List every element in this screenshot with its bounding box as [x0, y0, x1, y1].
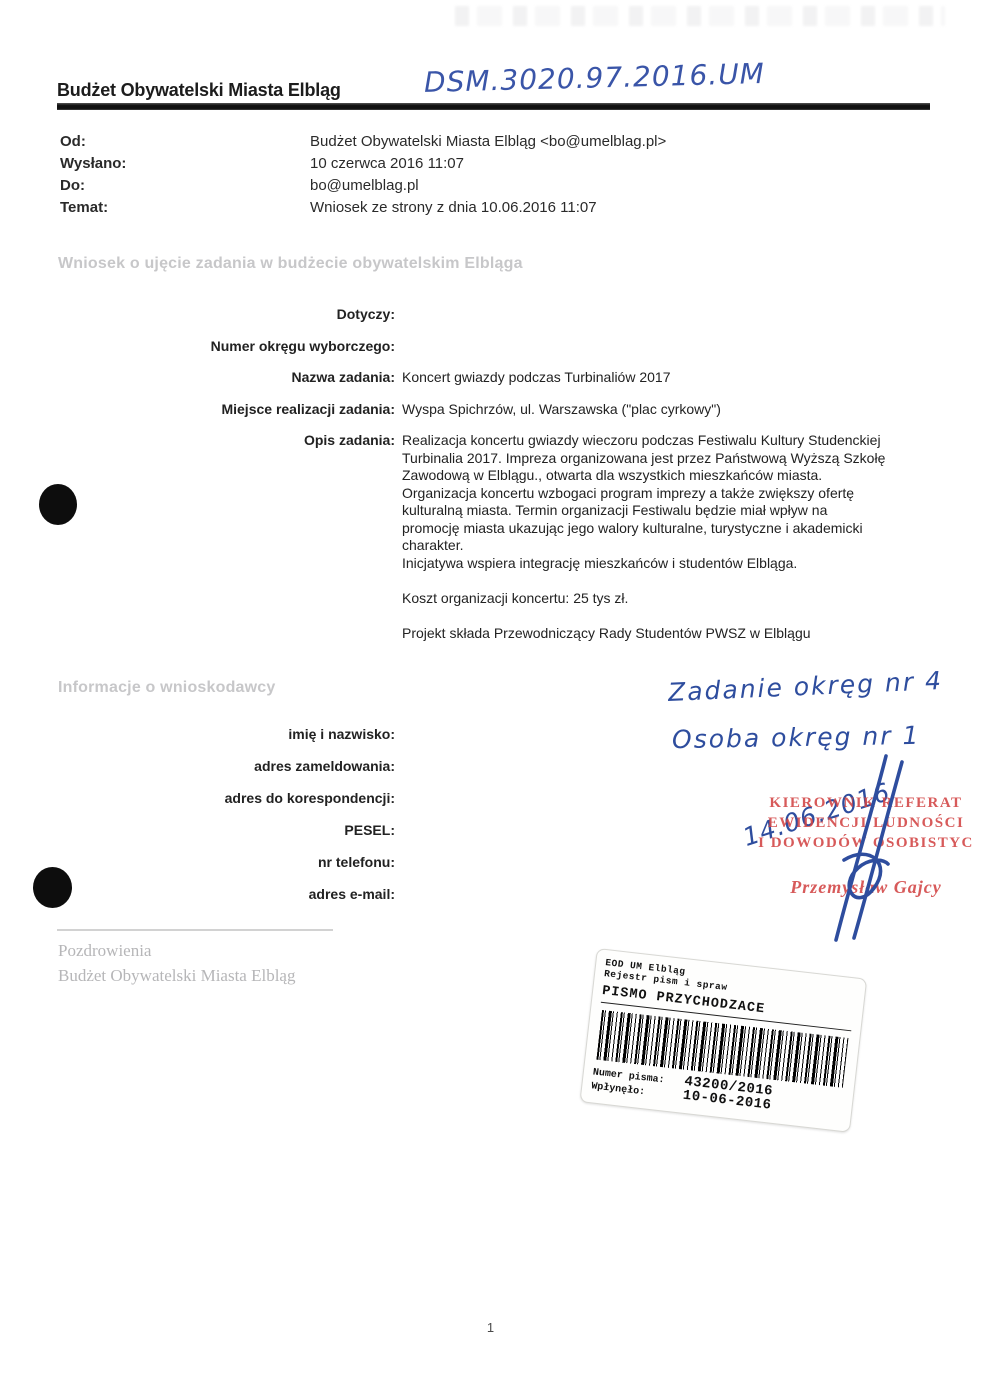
field-value-miejsce-realizacji: Wyspa Spichrzów, ul. Warszawska ("plac c…: [402, 401, 924, 419]
field-label-pesel: PESEL:: [57, 822, 395, 840]
hole-punch-mark-top: [39, 484, 77, 525]
field-value-nr-telefonu-redacted: [402, 854, 677, 872]
field-label-adres-zameldowania: adres zameldowania:: [57, 758, 395, 776]
meta-value-to: bo@umelblag.pl: [310, 175, 419, 197]
form-row-adres-zameldowania: adres zameldowania:: [57, 758, 677, 776]
field-label-nr-telefonu: nr telefonu:: [57, 854, 395, 872]
field-label-adres-korespondencji: adres do korespondencji:: [57, 790, 395, 808]
meta-value-subject: Wniosek ze strony z dnia 10.06.2016 11:0…: [310, 197, 597, 219]
field-value-nazwa-zadania: Koncert gwiazdy podczas Turbinaliów 2017: [402, 369, 924, 387]
field-value-opis-zadania: Realizacja koncertu gwiazdy wieczoru pod…: [402, 432, 924, 642]
field-value-pesel-redacted: [402, 822, 677, 840]
form-row-miejsce-realizacji: Miejsce realizacji zadania: Wyspa Spichr…: [57, 401, 927, 419]
meta-value-from: Budżet Obywatelski Miasta Elbląg <bo@ume…: [310, 131, 666, 153]
form-row-imie-nazwisko: imię i nazwisko:: [57, 726, 677, 744]
section-title-application: Wniosek o ujęcie zadania w budżecie obyw…: [58, 255, 523, 273]
email-signature-block: Pozdrowienia Budżet Obywatelski Miasta E…: [58, 938, 295, 988]
form-row-numer-okregu: Numer okręgu wyborczego:: [57, 338, 927, 356]
meta-row-to: Do: bo@umelblag.pl: [60, 175, 666, 197]
field-value-adres-zameldowania-redacted: [402, 758, 677, 776]
form-row-dotyczy: Dotyczy:: [57, 306, 927, 324]
field-value-adres-email-redacted: [402, 886, 677, 904]
meta-label-to: Do:: [60, 175, 310, 197]
field-value-imie-nazwisko-redacted: [402, 726, 677, 744]
field-label-adres-email: adres e-mail:: [57, 886, 395, 904]
meta-label-sent: Wysłano:: [60, 153, 310, 175]
form-row-opis-zadania: Opis zadania: Realizacja koncertu gwiazd…: [57, 432, 927, 642]
handwritten-note-osoba-okreg: Osoba okręg nr 1: [672, 721, 921, 754]
page-number: 1: [0, 1320, 981, 1335]
applicant-form: imię i nazwisko: adres zameldowania: adr…: [57, 726, 677, 918]
form-row-pesel: PESEL:: [57, 822, 677, 840]
form-row-adres-korespondencji: adres do korespondencji:: [57, 790, 677, 808]
handwritten-note-zadanie-okreg: Zadanie okręg nr 4: [667, 666, 943, 707]
scanned-document-page: Budżet Obywatelski Miasta Elbląg DSM.302…: [0, 0, 981, 1398]
field-label-nazwa-zadania: Nazwa zadania:: [57, 369, 395, 387]
meta-value-sent: 10 czerwca 2016 11:07: [310, 153, 464, 175]
closing-text: Pozdrowienia: [58, 938, 295, 963]
meta-row-from: Od: Budżet Obywatelski Miasta Elbląg <bo…: [60, 131, 666, 153]
field-value-numer-okregu: [402, 338, 924, 356]
hole-punch-mark-bottom: [33, 867, 72, 908]
form-row-nazwa-zadania: Nazwa zadania: Koncert gwiazdy podczas T…: [57, 369, 927, 387]
form-row-nr-telefonu: nr telefonu:: [57, 854, 677, 872]
handwritten-signature: [808, 752, 918, 947]
header-divider-rule: [57, 103, 930, 110]
form-row-adres-email: adres e-mail:: [57, 886, 677, 904]
meta-label-from: Od:: [60, 131, 310, 153]
meta-row-sent: Wysłano: 10 czerwca 2016 11:07: [60, 153, 666, 175]
field-label-dotyczy: Dotyczy:: [57, 306, 395, 324]
document-title: Budżet Obywatelski Miasta Elbląg: [57, 80, 341, 101]
field-value-adres-korespondencji-redacted: [402, 790, 677, 808]
registry-barcode-sticker: EOD UM Elbląg Rejestr pism i spraw PISMO…: [579, 948, 867, 1133]
application-form: Dotyczy: Numer okręgu wyborczego: Nazwa …: [57, 306, 927, 656]
email-metadata: Od: Budżet Obywatelski Miasta Elbląg <bo…: [60, 131, 666, 219]
field-label-miejsce-realizacji: Miejsce realizacji zadania:: [57, 401, 395, 419]
field-value-dotyczy: [402, 306, 924, 324]
footer-divider: [57, 929, 333, 931]
field-label-imie-nazwisko: imię i nazwisko:: [57, 726, 395, 744]
handwritten-reference-number: DSM.3020.97.2016.UM: [424, 58, 725, 99]
section-title-applicant: Informacje o wnioskodawcy: [58, 679, 276, 697]
meta-row-subject: Temat: Wniosek ze strony z dnia 10.06.20…: [60, 197, 666, 219]
field-label-opis-zadania: Opis zadania:: [57, 432, 395, 642]
scan-bleedthrough-artifact: [455, 6, 945, 26]
meta-label-subject: Temat:: [60, 197, 310, 219]
sender-name: Budżet Obywatelski Miasta Elbląg: [58, 963, 295, 988]
field-label-numer-okregu: Numer okręgu wyborczego:: [57, 338, 395, 356]
